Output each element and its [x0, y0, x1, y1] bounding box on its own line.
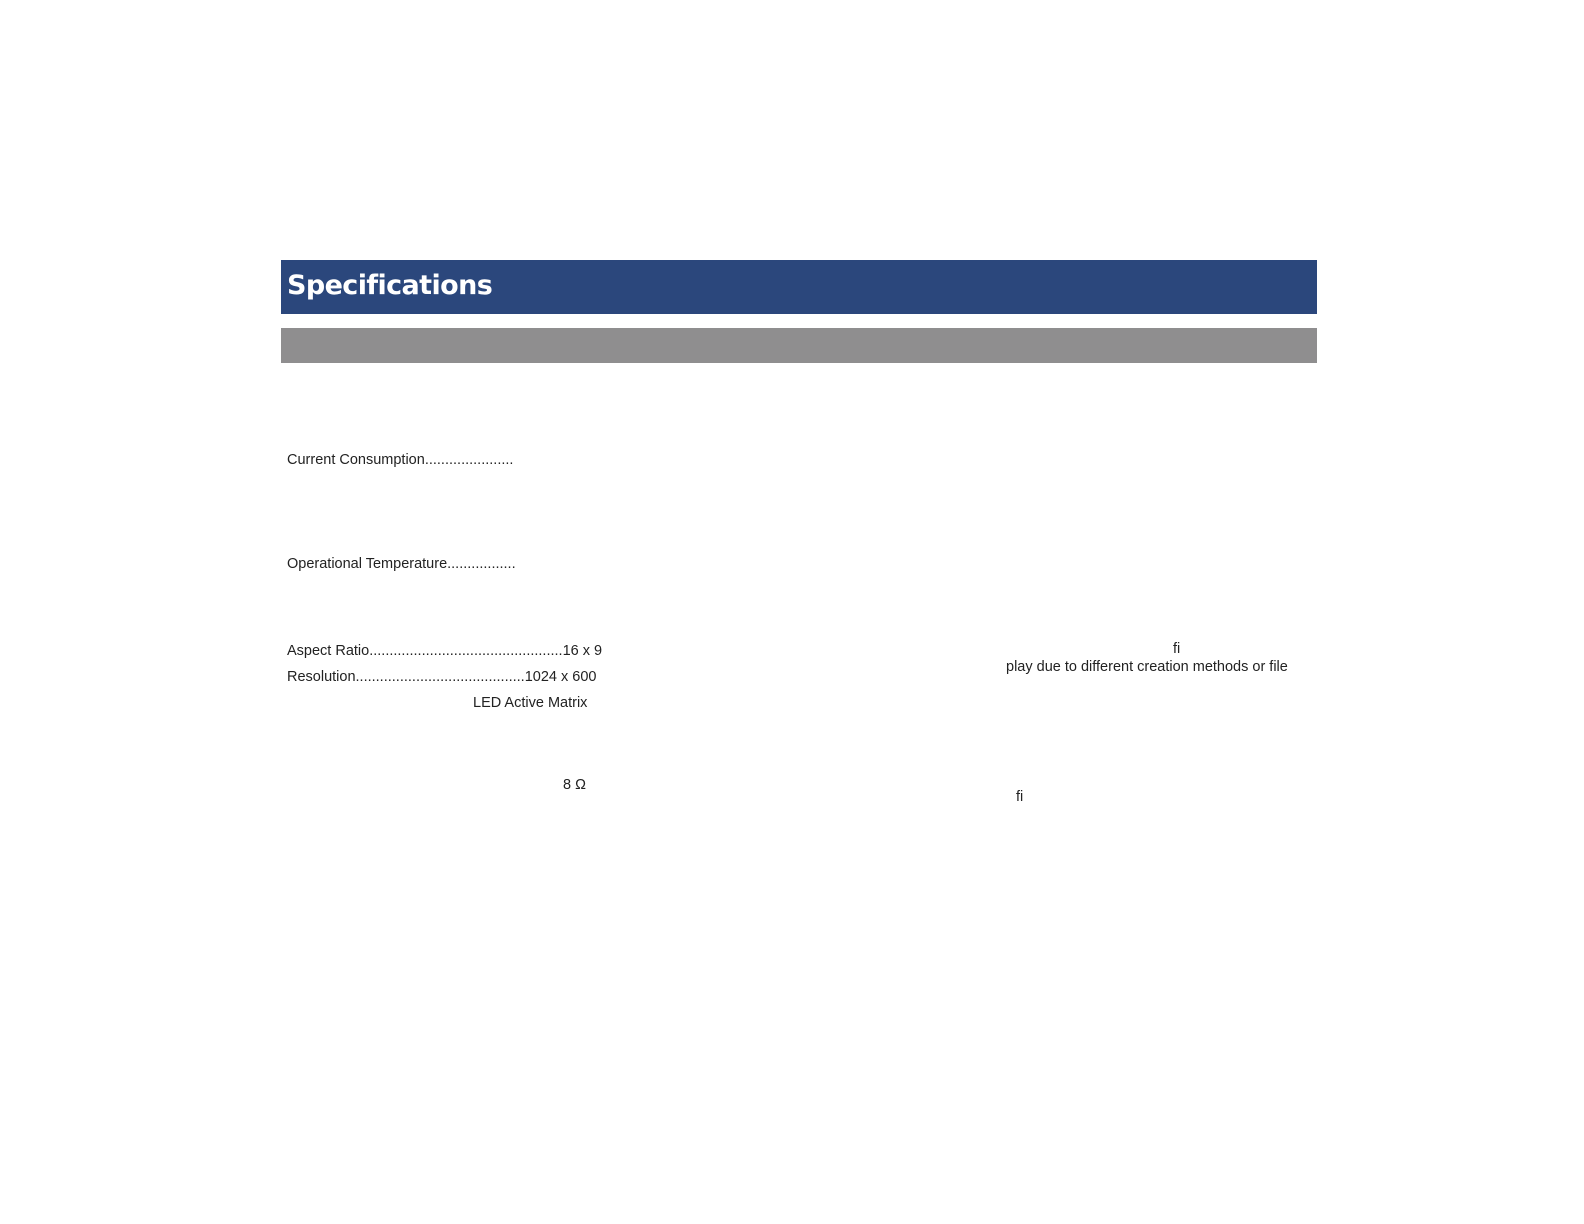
section-title-bar: Specifications	[281, 260, 1317, 314]
page-title: Specifications	[287, 269, 492, 303]
section-subheader-bar	[281, 328, 1317, 363]
spec-current-consumption: Current Consumption.....................…	[287, 451, 513, 469]
spec-display-type: LED Active Matrix	[473, 694, 587, 712]
note-text-line: play due to different creation methods o…	[1006, 658, 1288, 676]
specifications-page: Specifications Current Consumption......…	[0, 0, 1584, 1224]
spec-speaker-impedance: 8 Ω	[563, 776, 586, 794]
spec-operational-temperature: Operational Temperature.................	[287, 555, 516, 573]
spec-aspect-ratio: Aspect Ratio............................…	[287, 642, 602, 660]
note-fragment: fi	[1173, 640, 1180, 658]
note-fragment: fi	[1016, 788, 1023, 806]
spec-resolution: Resolution..............................…	[287, 668, 596, 686]
